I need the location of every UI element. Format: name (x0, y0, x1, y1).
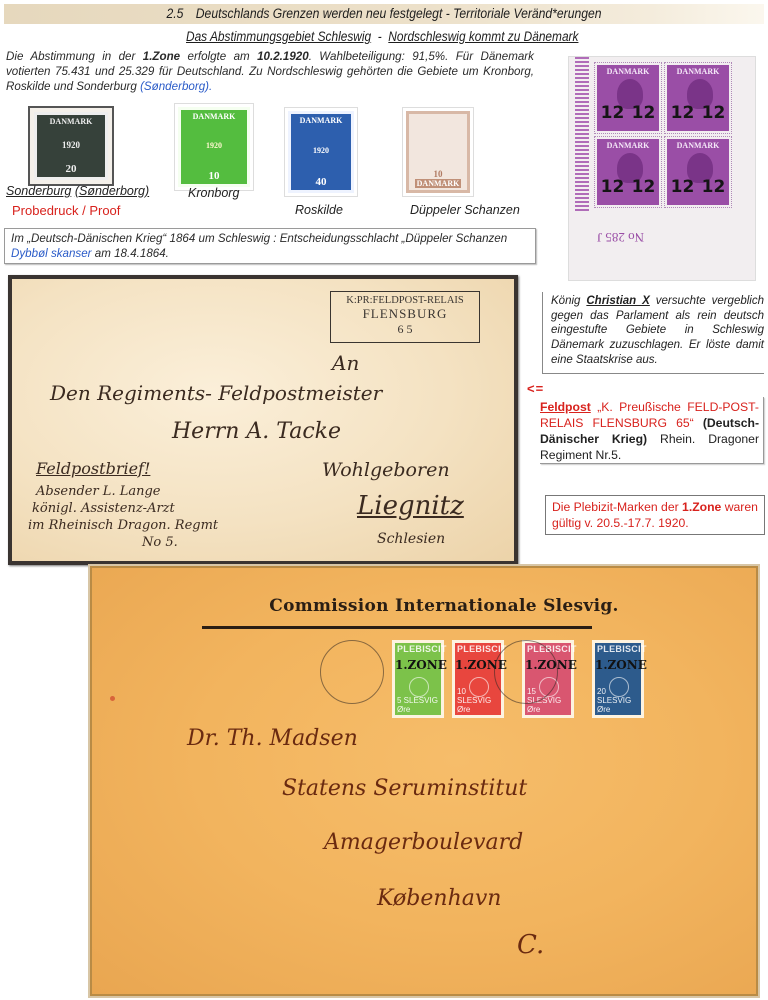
stamp-year: 1920 (206, 141, 222, 150)
lion-emblem-icon (409, 677, 429, 697)
stamp-value: 10 (209, 170, 220, 182)
page-title: 2.5 Deutschlands Grenzen werden neu fest… (38, 6, 729, 21)
feldpost-label: Feldpost (540, 400, 591, 414)
address-line: Den Regiments- Feldpostmeister (50, 381, 382, 405)
stamp-year: 1920 (313, 146, 329, 155)
sender-line: im Rheinisch Dragon. Regmt (28, 518, 218, 533)
address-line: Schlesien (377, 531, 445, 547)
krieg-danish-name: Dybbøl skanser (11, 247, 92, 260)
address-line: C. (517, 930, 544, 960)
intro-date: 10.2.1920 (257, 50, 309, 63)
cancel-line-3: 6 5 (331, 322, 479, 337)
plebiscite-info-box: Die Plebizit-Marken der 1.Zone waren gül… (545, 495, 765, 535)
intro-danish-name: (Sønderborg). (140, 80, 212, 93)
caption-name: Sonderburg (6, 184, 71, 198)
surcharge: 1212 (667, 177, 729, 197)
surcharge: 1212 (597, 177, 659, 197)
address-line: An (332, 351, 359, 375)
subtitle-separator: - (378, 29, 382, 44)
arrow-left-icon: <= (527, 381, 544, 396)
stamp-top-text: PLEBISCIT (397, 644, 447, 654)
krieg-text-1: Im „Deutsch-Dänischen Krieg“ 1864 (11, 232, 199, 245)
sender-line: königl. Assistenz-Arzt (32, 501, 175, 516)
feldpost-cover: K:PR:FELDPOST-RELAIS FLENSBURG 6 5 An De… (8, 275, 518, 565)
postmark (494, 640, 558, 704)
king-name: Christian X (586, 295, 649, 307)
stamp-overprint: 1.ZONE (595, 658, 641, 672)
address-line: Amagerboulevard (324, 830, 523, 855)
caption-sonderburg: Sonderburg (Sønderborg) (6, 184, 149, 198)
plebiscite-stamp: PLEBISCIT 1.ZONE 5 SLESVIG Øre (392, 640, 444, 718)
stamp-country: DANMARK (597, 67, 659, 76)
stamp-christian-x: DANMARK 1212 (665, 137, 731, 207)
king-text-1: König (551, 295, 586, 307)
margin-stripes (575, 57, 589, 212)
caption-dueppel: Düppeler Schanzen (410, 203, 520, 217)
krieg-info-box: Im „Deutsch-Dänischen Krieg“ 1864 um Sch… (4, 228, 536, 264)
caption-kronborg: Kronborg (188, 186, 239, 200)
page-subtitle: Das Abstimmungsgebiet Schleswig - Nordsc… (186, 29, 578, 44)
surcharge: 1212 (597, 103, 659, 123)
heading-underline (202, 626, 592, 629)
king-info-box: König Christian X versuchte vergeblich g… (542, 292, 764, 374)
cancel-line-2: FLENSBURG (331, 306, 479, 322)
stamp-frame-sonderburg: DANMARK 1920 20 (6, 106, 156, 186)
stamp-value: 10 (434, 169, 443, 179)
stamp-block-of-four: DANMARK 1212DANMARK 1212DANMARK 1212DANM… (568, 56, 756, 281)
subtitle-left: Das Abstimmungsgebiet Schleswig (186, 29, 371, 44)
feldpost-info-box: Feldpost „K. Preußische FELD-POST-RELAIS… (540, 397, 764, 464)
stamp-country: DANMARK (50, 117, 93, 126)
krieg-text-3: am 18.4.1864. (92, 247, 169, 260)
intro-paragraph: Die Abstimmung in der 1.Zone erfolgte am… (6, 49, 534, 94)
stamp-top-text: PLEBISCIT (597, 644, 647, 654)
stamp-country: DANMARK (415, 179, 462, 188)
stamp-dueppel: 10 DANMARK (403, 108, 473, 196)
address-line: Dr. Th. Madsen (187, 726, 358, 751)
plebiscite-cover: Commission Internationale Slesvig. PLEBI… (90, 566, 758, 996)
sender-line: Absender L. Lange (36, 484, 160, 499)
stamp-bottom-text: 5 SLESVIG Øre (397, 696, 441, 714)
plebiscite-stamp: PLEBISCIT 1.ZONE 20 SLESVIG Øre (592, 640, 644, 718)
stamp-bottom-text: 20 SLESVIG Øre (597, 687, 641, 714)
stamp-country: DANMARK (193, 112, 236, 121)
section-number: 2.5 (166, 6, 183, 21)
stamp-christian-x: DANMARK 1212 (665, 63, 731, 133)
stamp-kronborg: DANMARK 1920 10 (175, 104, 253, 190)
stamp-country: DANMARK (667, 67, 729, 76)
stamp-country: DANMARK (667, 141, 729, 150)
address-line: Statens Seruminstitut (282, 776, 527, 801)
surcharge: 1212 (667, 103, 729, 123)
pleb-text-1: Die Plebizit-Marken der (552, 500, 682, 514)
stamp-sonderburg: DANMARK 1920 20 (28, 106, 114, 186)
address-city: Liegnitz (357, 491, 464, 521)
intro-zone: 1.Zone (143, 50, 180, 63)
stamp-value: 20 (66, 163, 77, 175)
ink-spot (110, 696, 115, 701)
caption-name-dk: (Sønderborg) (75, 184, 149, 198)
sender-line: No 5. (142, 535, 178, 550)
stamp-overprint: 1.ZONE (395, 658, 441, 672)
address-city: København (377, 886, 501, 911)
krieg-text-2: um Schleswig : Entscheidungsschlacht „Dü… (199, 232, 508, 245)
intro-text-1: Die Abstimmung in der (6, 50, 143, 63)
stamp-christian-x: DANMARK 1212 (595, 63, 661, 133)
stamp-bottom-text: 10 SLESVIG Øre (457, 687, 501, 714)
subtitle-right: Nordschleswig kommt zu Dänemark (388, 29, 578, 44)
stamp-country: DANMARK (300, 116, 343, 125)
stamp-year: 1920 (62, 140, 80, 150)
cancel-line-1: K:PR:FELDPOST-RELAIS (331, 295, 479, 306)
title-text: Deutschlands Grenzen werden neu festgele… (196, 6, 602, 21)
stamp-value: 40 (316, 176, 327, 188)
sender-line: Feldpostbrief! (36, 459, 150, 478)
feldpost-cancel: K:PR:FELDPOST-RELAIS FLENSBURG 6 5 (330, 291, 480, 343)
cover-heading: Commission Internationale Slesvig. (92, 596, 756, 616)
plate-number: No 285 J (597, 229, 644, 245)
intro-text-2: erfolgte am (180, 50, 257, 63)
stamp-roskilde: DANMARK 1920 40 (285, 108, 357, 196)
stamp-country: DANMARK (597, 141, 659, 150)
address-line: Herrn A. Tacke (172, 419, 341, 444)
postmark (320, 640, 384, 704)
pleb-zone: 1.Zone (682, 500, 721, 514)
caption-roskilde: Roskilde (295, 203, 343, 217)
stamp-christian-x: DANMARK 1212 (595, 137, 661, 207)
address-line: Wohlgeboren (322, 459, 450, 481)
caption-proof: Probedruck / Proof (12, 203, 120, 218)
